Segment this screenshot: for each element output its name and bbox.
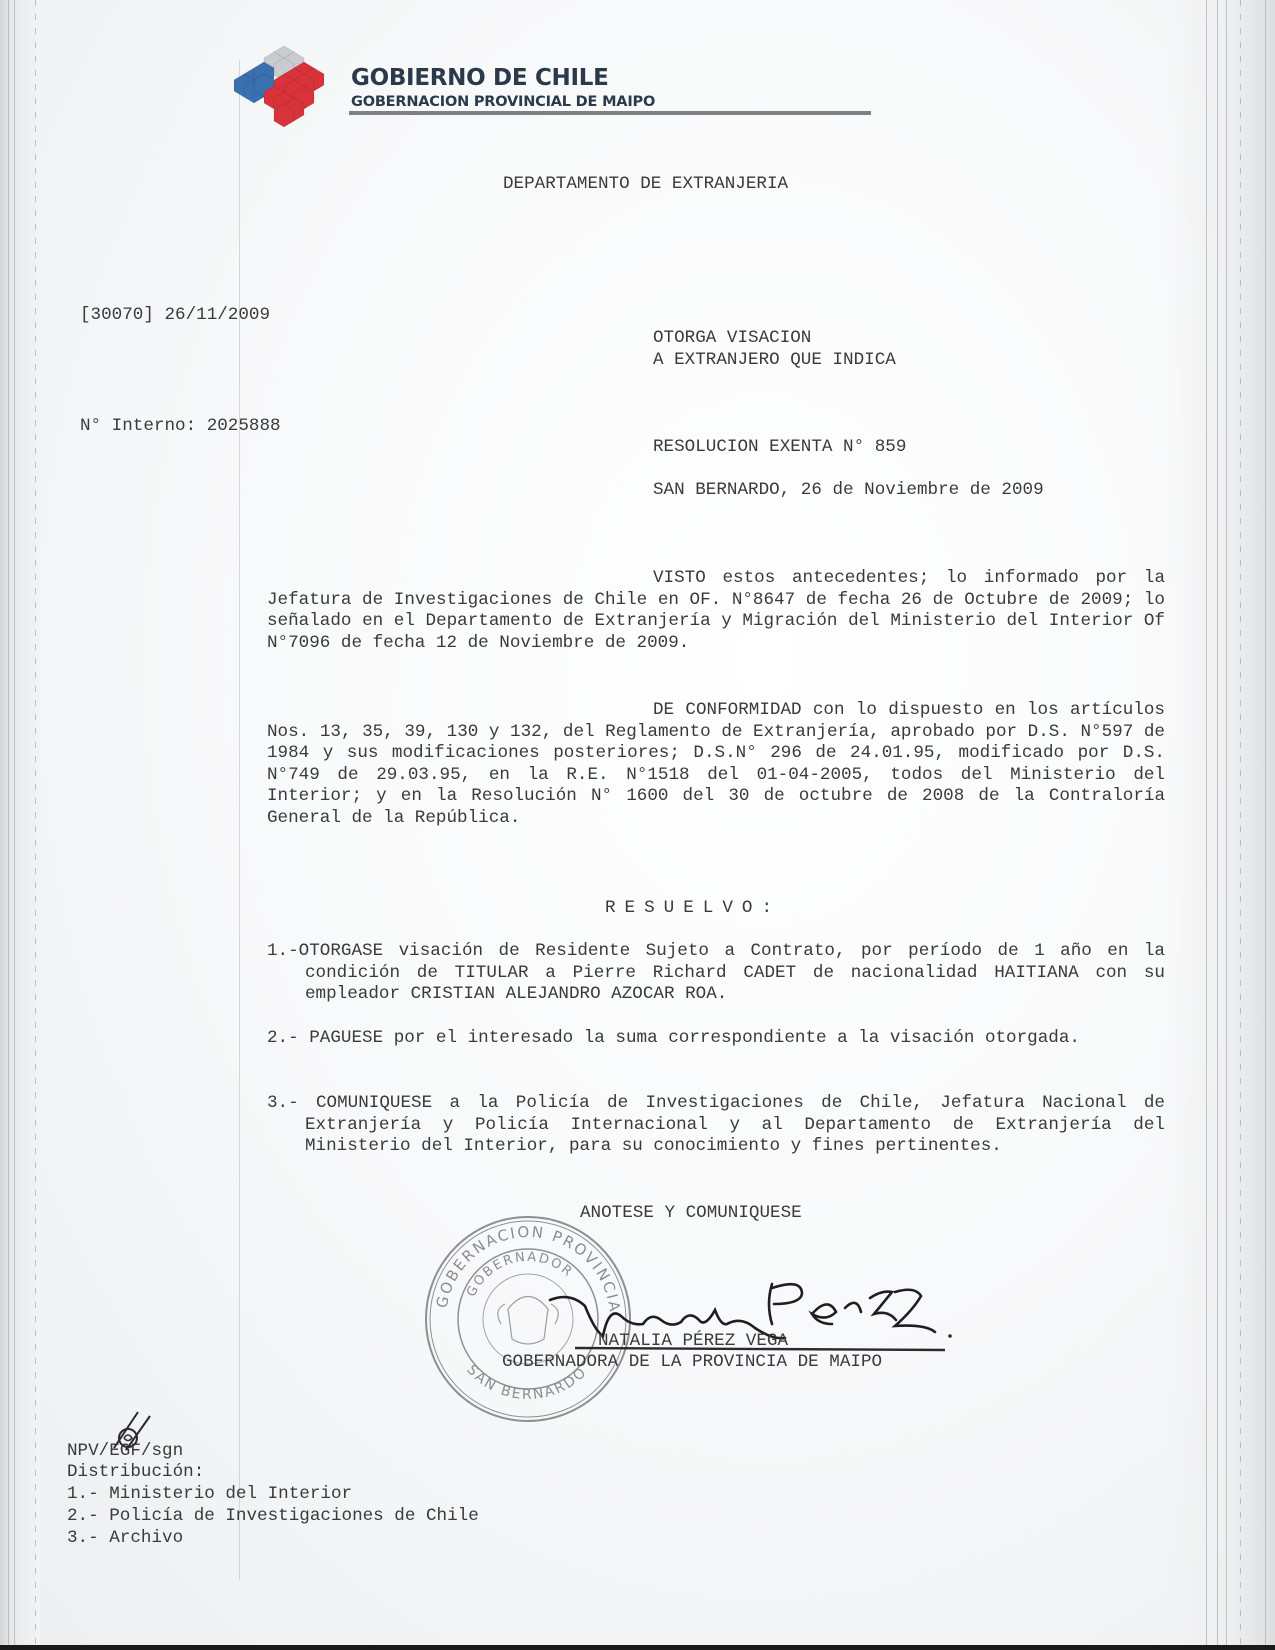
document-page: GOBIERNO DE CHILE GOBERNACION PROVINCIAL… <box>0 0 1275 1650</box>
conformidad-paragraph: DE CONFORMIDAD con lo dispuesto en los a… <box>267 700 1165 830</box>
internal-number: N° Interno: 2025888 <box>80 416 281 438</box>
subject-line-2: A EXTRANJERO QUE INDICA <box>653 350 896 372</box>
scan-line <box>1240 0 1241 1650</box>
scan-line <box>1226 0 1227 1650</box>
resolution-item-3: 3.- COMUNIQUESE a la Policía de Investig… <box>267 1093 1165 1158</box>
distribution-item: 3.- Archivo <box>67 1528 183 1550</box>
initials-code: NPV/EGF/sgn <box>67 1441 183 1463</box>
scan-edge-left <box>0 0 40 1650</box>
resolution-heading: RESUELVO: <box>605 898 781 920</box>
fold-line <box>239 60 240 1580</box>
distribution-item: 1.- Ministerio del Interior <box>67 1484 352 1506</box>
subject-line-1: OTORGA VISACION <box>653 328 811 350</box>
gobierno-de-chile-logo-icon <box>234 44 332 136</box>
signatory-name: NATALIA PÉREZ VEGA <box>598 1331 788 1353</box>
scan-line <box>1265 0 1266 1650</box>
resolution-item-2: 2.- PAGUESE por el interesado la suma co… <box>267 1028 1165 1050</box>
place-date: SAN BERNARDO, 26 de Noviembre de 2009 <box>653 480 1044 502</box>
reference-number: [30070] 26/11/2009 <box>80 305 270 327</box>
resolution-number: RESOLUCION EXENTA N° 859 <box>653 437 906 459</box>
scan-line <box>8 0 9 1650</box>
visto-paragraph: VISTO estos antecedentes; lo informado p… <box>267 568 1165 654</box>
scan-line <box>14 0 15 1650</box>
brand-title: GOBIERNO DE CHILE <box>351 65 609 91</box>
brand-subtitle: GOBERNACION PROVINCIAL DE MAIPO <box>351 94 655 110</box>
distribution-label: Distribución: <box>67 1462 204 1484</box>
scan-edge-right <box>1165 0 1275 1650</box>
scan-line <box>1206 0 1207 1650</box>
scan-bottom-edge <box>0 1645 1275 1650</box>
scan-line <box>1217 0 1218 1650</box>
visto-text: VISTO estos antecedentes; lo informado p… <box>267 568 1165 653</box>
department-heading: DEPARTAMENTO DE EXTRANJERIA <box>503 174 788 196</box>
signatory-title: GOBERNADORA DE LA PROVINCIA DE MAIPO <box>502 1352 882 1374</box>
scan-line <box>35 0 36 1650</box>
brand-underline <box>349 111 871 115</box>
resolution-item-1: 1.-OTORGASE visación de Residente Sujeto… <box>267 941 1165 1006</box>
distribution-item: 2.- Policía de Investigaciones de Chile <box>67 1506 479 1528</box>
conformidad-text: DE CONFORMIDAD con lo dispuesto en los a… <box>267 700 1165 828</box>
